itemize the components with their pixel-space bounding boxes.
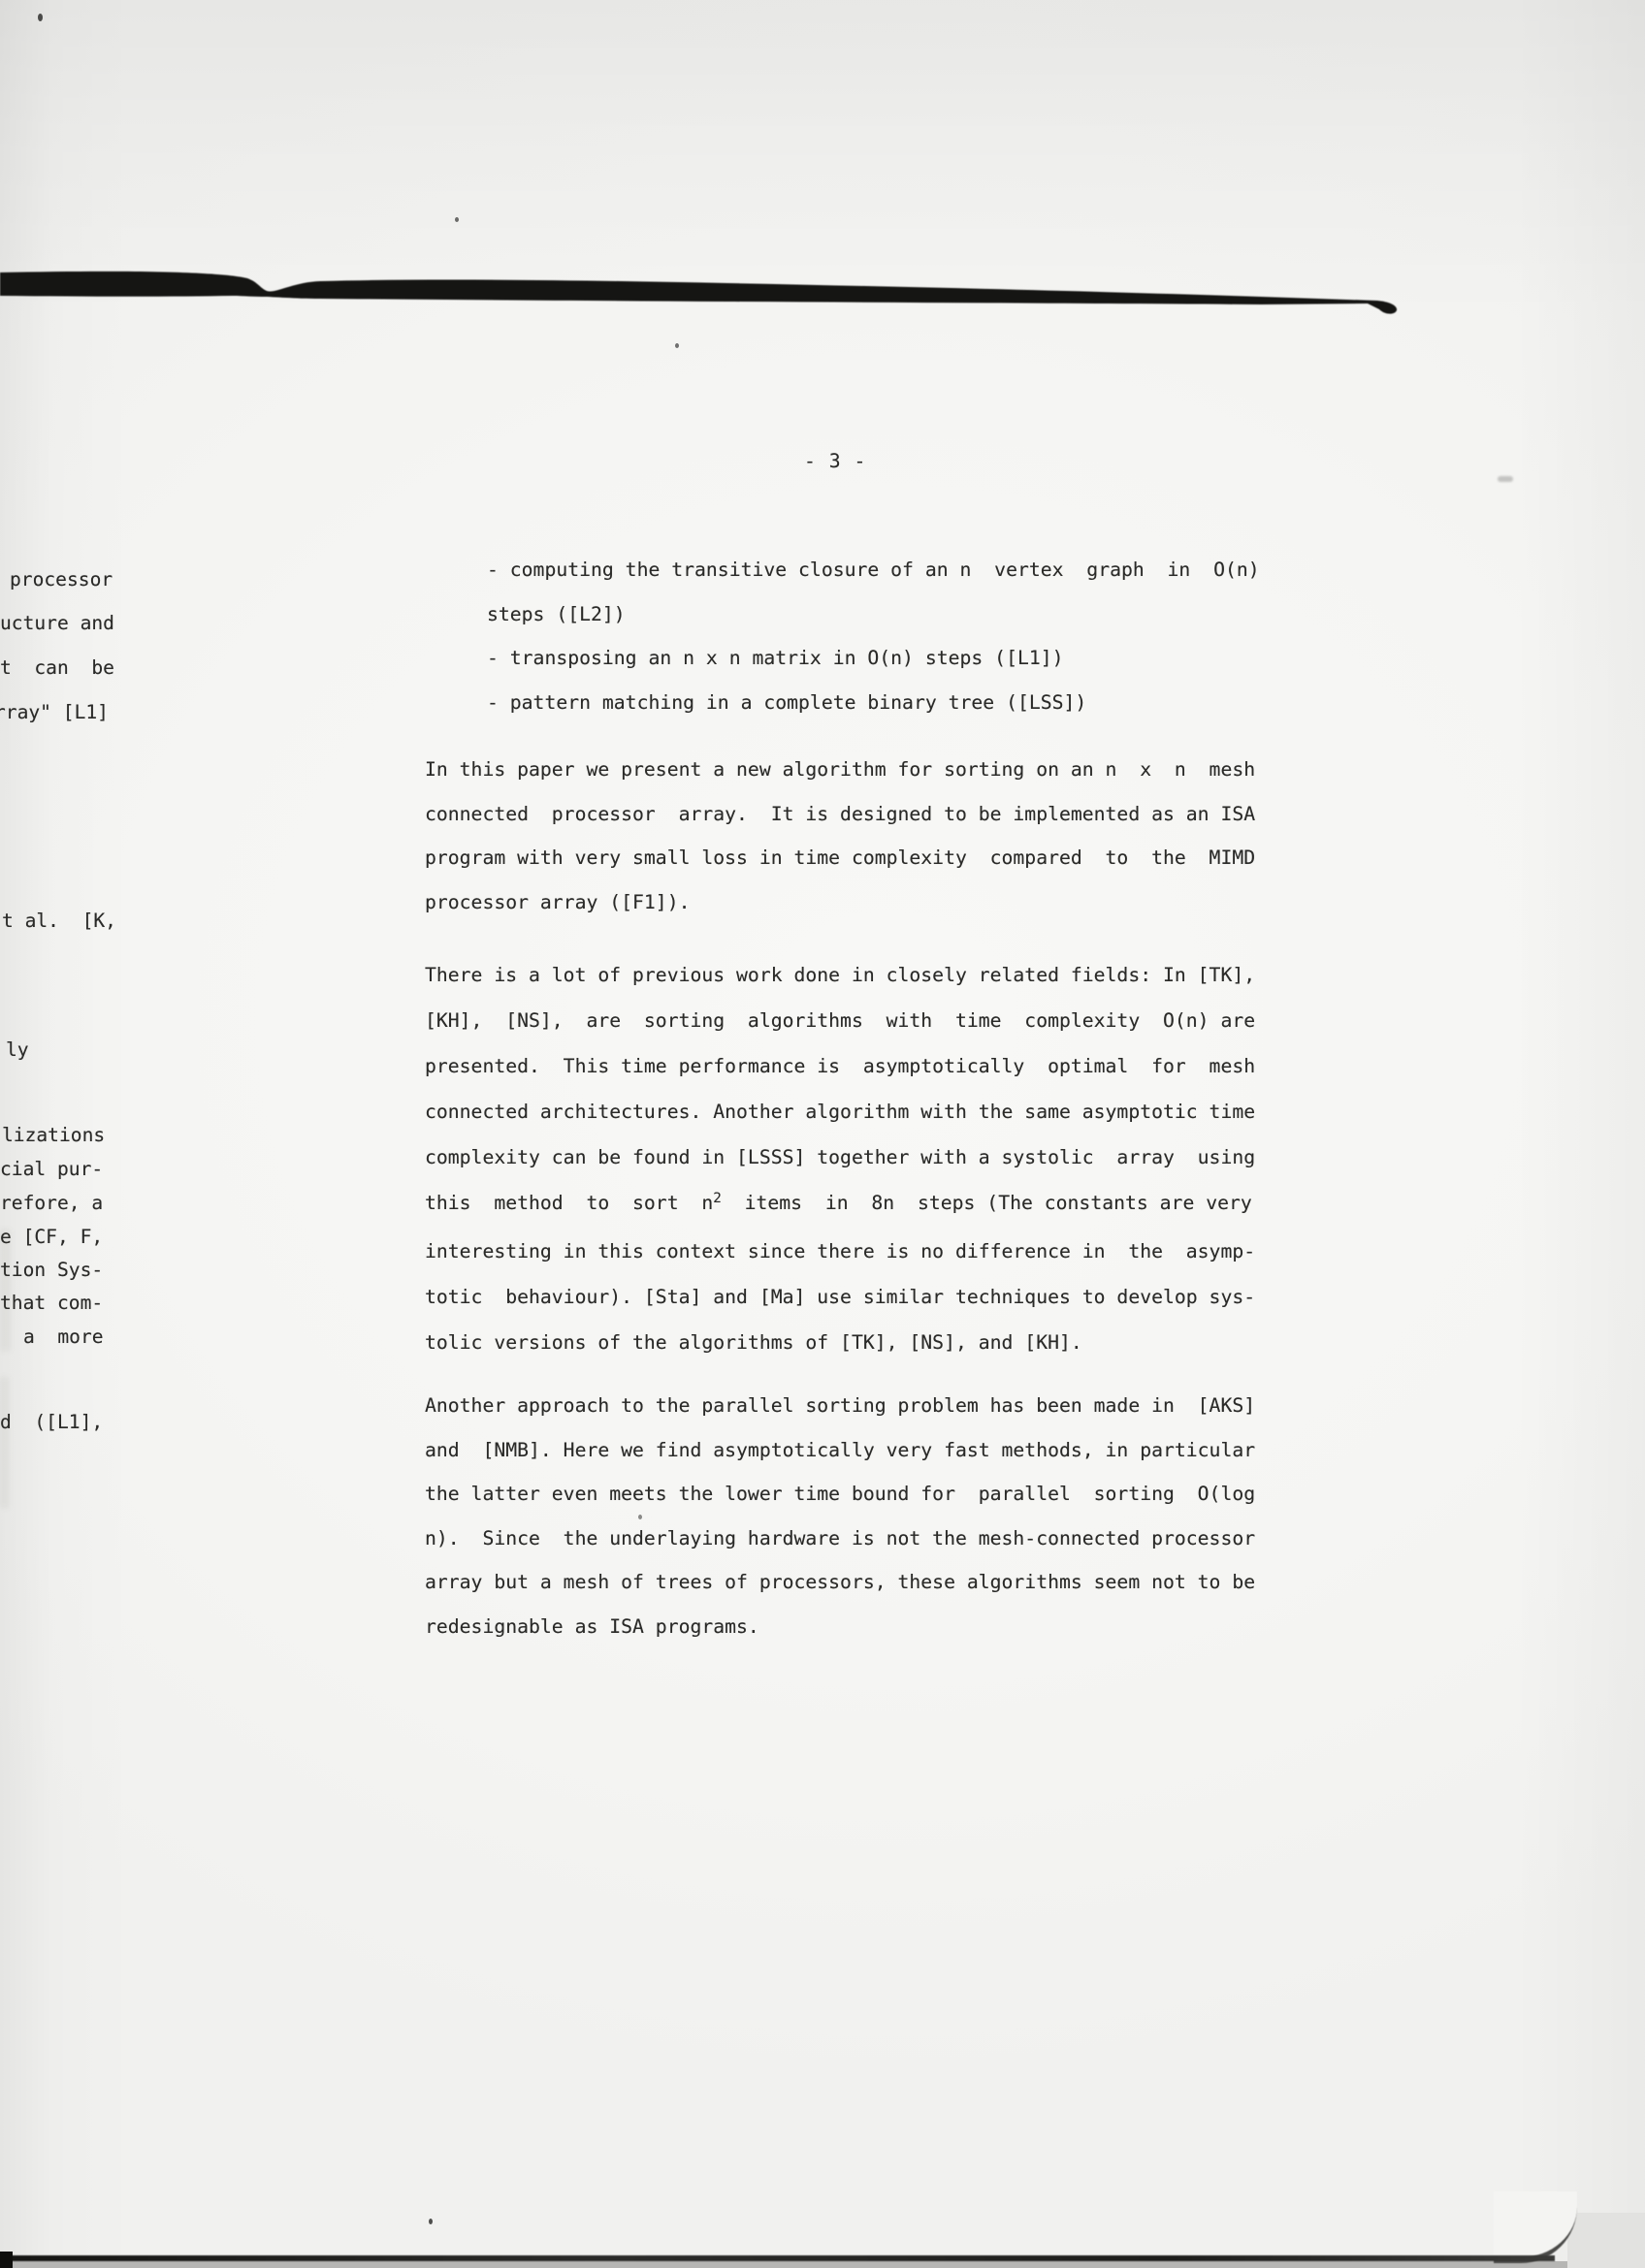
scan-speck bbox=[38, 14, 43, 21]
body-paragraph-1: In this paper we present a new algorithm… bbox=[425, 748, 1255, 924]
text-line: connected architectures. Another algorit… bbox=[425, 1089, 1255, 1134]
margin-fragment-text: t can be bbox=[0, 656, 114, 679]
scan-speck bbox=[638, 1515, 642, 1519]
text-line: - transposing an n x n matrix in O(n) st… bbox=[487, 636, 1260, 681]
text-line: In this paper we present a new algorithm… bbox=[425, 748, 1255, 792]
margin-fragment-text: lizations bbox=[2, 1124, 105, 1146]
scan-artifact-band bbox=[0, 0, 1416, 330]
margin-fragment-text: t al. [K, bbox=[2, 910, 116, 932]
body-paragraph-3: Another approach to the parallel sorting… bbox=[425, 1384, 1255, 1648]
text-line: Another approach to the parallel sorting… bbox=[425, 1384, 1255, 1428]
text-line: connected processor array. It is designe… bbox=[425, 792, 1255, 837]
text-line: complexity can be found in [LSSS] togeth… bbox=[425, 1134, 1255, 1180]
bottom-edge-line bbox=[8, 2255, 1555, 2261]
bottom-right-scanner-background bbox=[1567, 2213, 1645, 2268]
text-line: processor array ([F1]). bbox=[425, 880, 1255, 925]
margin-fragment-text: tion Sys- bbox=[0, 1259, 103, 1281]
scan-speck bbox=[429, 2219, 433, 2224]
bullet-list: - computing the transitive closure of an… bbox=[487, 548, 1260, 724]
text-line: presented. This time performance is asym… bbox=[425, 1043, 1255, 1089]
bottom-edge-shadow bbox=[0, 2261, 1593, 2268]
text-line: redesignable as ISA programs. bbox=[425, 1605, 1255, 1649]
text-line: and [NMB]. Here we find asymptotically v… bbox=[425, 1428, 1255, 1473]
superscript: 2 bbox=[713, 1191, 722, 1206]
margin-fragment-text: that com- bbox=[0, 1292, 103, 1314]
text-line: - computing the transitive closure of an… bbox=[487, 548, 1260, 592]
page-number: - 3 - bbox=[804, 450, 866, 472]
margin-fragment-text: ly bbox=[6, 1038, 29, 1061]
margin-fragment-text: processor bbox=[10, 568, 113, 591]
margin-fragment-text: a more bbox=[23, 1326, 104, 1348]
margin-fragment-text: refore, a bbox=[0, 1192, 103, 1214]
text-line: totic behaviour). [Sta] and [Ma] use sim… bbox=[425, 1274, 1255, 1320]
text-line: this method to sort n2 items in 8n steps… bbox=[425, 1180, 1255, 1229]
margin-fragment-text: d ([L1], bbox=[0, 1411, 103, 1433]
bottom-right-page-corner bbox=[1494, 2191, 1577, 2263]
text-line: steps ([L2]) bbox=[487, 592, 1260, 637]
scan-smudge bbox=[0, 1377, 9, 1508]
text-line: n). Since the underlaying hardware is no… bbox=[425, 1517, 1255, 1561]
bottom-left-corner-mark bbox=[0, 2252, 13, 2268]
text-line: interesting in this context since there … bbox=[425, 1229, 1255, 1274]
text-line: tolic versions of the algorithms of [TK]… bbox=[425, 1320, 1255, 1365]
scan-speck bbox=[1498, 476, 1513, 482]
text-line: array but a mesh of trees of processors,… bbox=[425, 1560, 1255, 1605]
scan-speck bbox=[675, 343, 679, 348]
scan-smudge bbox=[0, 1230, 11, 1351]
scan-speck bbox=[455, 217, 459, 222]
body-paragraph-2: There is a lot of previous work done in … bbox=[425, 952, 1255, 1365]
text-line: There is a lot of previous work done in … bbox=[425, 952, 1255, 998]
text-line: program with very small loss in time com… bbox=[425, 836, 1255, 880]
margin-fragment-text: rray" [L1] bbox=[0, 701, 109, 723]
margin-fragment-text: e [CF, F, bbox=[0, 1226, 103, 1248]
text-line: the latter even meets the lower time bou… bbox=[425, 1472, 1255, 1517]
margin-fragment-text: ucture and bbox=[0, 612, 114, 634]
margin-fragment-text: cial pur- bbox=[0, 1158, 103, 1180]
scanned-paper-page: - 3 - - computing the transitive closure… bbox=[0, 0, 1645, 2268]
text-line: - pattern matching in a complete binary … bbox=[487, 681, 1260, 725]
text-line: [KH], [NS], are sorting algorithms with … bbox=[425, 998, 1255, 1043]
